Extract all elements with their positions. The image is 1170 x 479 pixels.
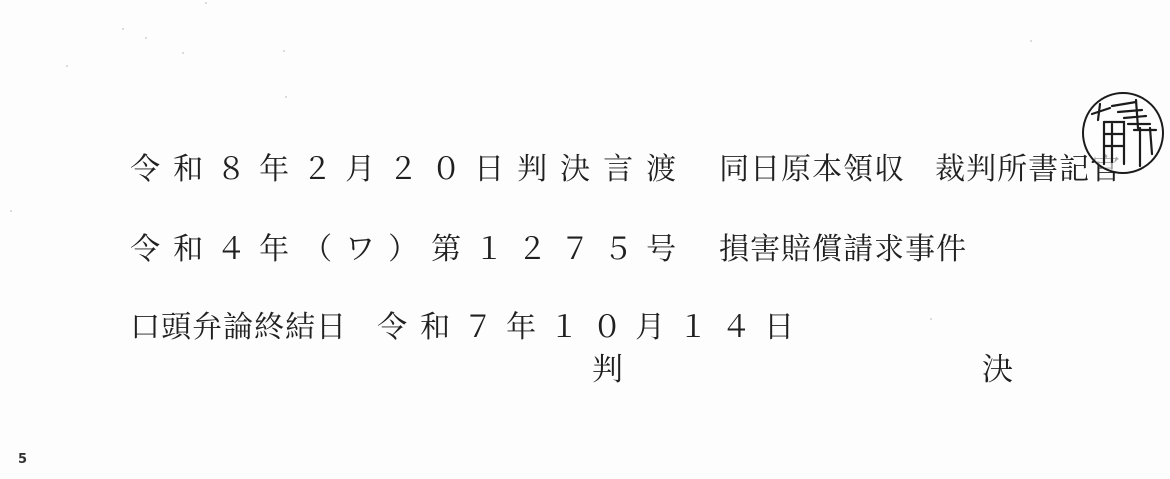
- scan-speck: [10, 210, 12, 212]
- case-number-text: 令和４年（ワ）第１２７５号: [130, 230, 689, 270]
- oral-argument-end-label: 口頭弁論終結日: [130, 308, 347, 348]
- scan-speck: [930, 318, 932, 320]
- clerk-seal-icon: [1082, 92, 1164, 174]
- case-name-text: 損害賠償請求事件: [719, 230, 967, 270]
- margin-line-number: 5: [18, 452, 27, 467]
- scan-speck: [205, 2, 207, 4]
- decision-date-text: 令和８年２月２０日判決言渡: [130, 150, 689, 190]
- document-title-char-1: 判: [592, 350, 623, 390]
- scan-speck: [122, 28, 124, 30]
- scan-speck: [66, 65, 68, 67]
- oral-argument-end-date: 令和７年１０月１４日: [377, 308, 807, 348]
- judgment-document-page: 令和８年２月２０日判決言渡同日原本領収裁判所書記官 令和４年（ワ）第１２７５号損…: [0, 0, 1170, 479]
- oral-argument-end-line: 口頭弁論終結日令和７年１０月１４日: [88, 268, 807, 388]
- scan-speck: [283, 50, 285, 52]
- scan-speck: [1030, 40, 1032, 42]
- original-received-text: 同日原本領収: [719, 150, 905, 190]
- scan-speck: [182, 52, 184, 54]
- document-title-char-2: 決: [982, 350, 1013, 390]
- scan-speck: [145, 37, 147, 39]
- scan-speck: [285, 96, 287, 98]
- seal-glyph-icon: [1084, 94, 1162, 172]
